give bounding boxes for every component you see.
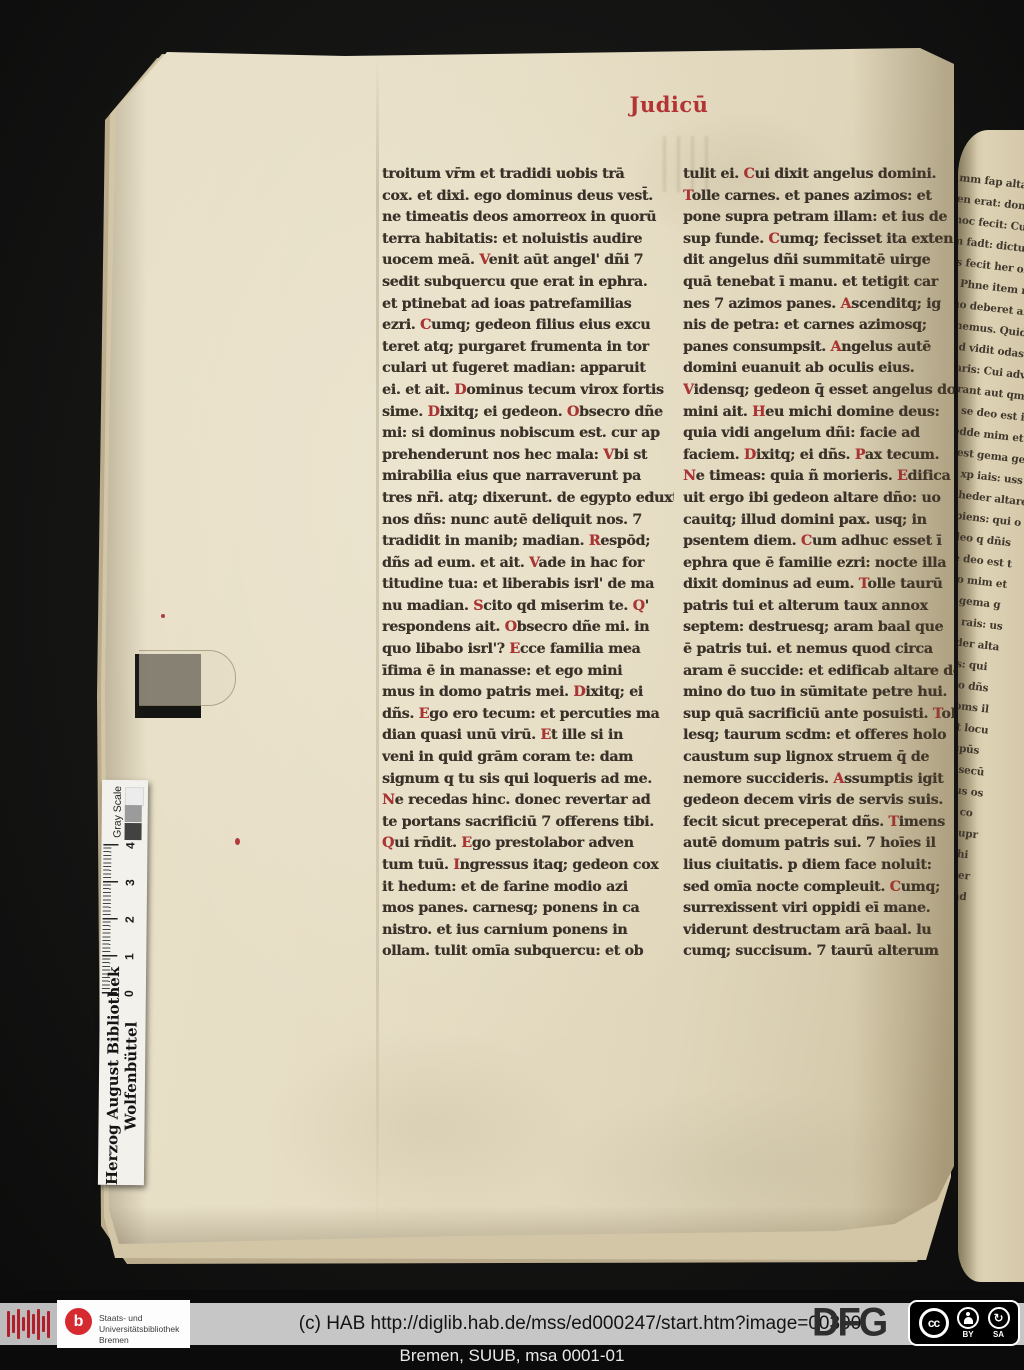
manuscript-line: tres nr̄i. atq; dixerunt. de egypto edux…	[382, 490, 674, 512]
manuscript-line: prehenderunt nos hec mala: Vbi st	[382, 447, 674, 469]
manuscript-line: culari ut fugeret madian: apparuit	[382, 360, 674, 382]
manuscript-line: sup funde. Cumq; fecisset ita exten	[683, 231, 975, 253]
manuscript-line: mino do tuo in sūmitate petre hui.	[683, 684, 975, 706]
manuscript-line: mos panes. carnesq; ponens in ca	[382, 900, 674, 922]
ruler-color-strip: Gray Scale 43210 Herzog August Bibliothe…	[98, 780, 148, 1185]
manuscript-line: dñs. Ego ero tecum: et percuties ma	[382, 706, 674, 728]
manuscript-line: panes consumpsit. Angelus autē	[683, 339, 975, 361]
manuscript-line: mini ait. Heu michi domine deus:	[683, 404, 975, 426]
library-ownership-label: Herzog August Bibliothek Wolfenbüttel	[103, 967, 141, 1186]
vellum-index-tab	[139, 650, 236, 706]
manuscript-line: ollam. tulit omīa subquercu: et ob	[382, 943, 674, 965]
manuscript-line: gedeon decem viris de servis suis.	[683, 792, 975, 814]
manuscript-line: viderunt destructam arā baal. lu	[683, 922, 975, 944]
manuscript-line: nos dñs: nunc autē deliquit nos. 7	[382, 512, 674, 534]
manuscript-line: cauitq; illud domini pax. usq; in	[683, 512, 975, 534]
suub-bars-icon	[0, 1303, 57, 1345]
cc-sa-label: SA	[993, 1330, 1004, 1339]
manuscript-line: et ptinebat ad ioas patrefamilias	[382, 296, 674, 318]
manuscript-line: caustum sup lignox struem q̄ de	[683, 749, 975, 771]
red-ink-speck	[235, 838, 240, 845]
manuscript-line: troitum vr̄m et tradidi uobis trā	[382, 166, 674, 188]
manuscript-line: veni in quid grām coram te: dam	[382, 749, 674, 771]
manuscript-line: uit ergo ibi gedeon altare dño: uo	[683, 490, 975, 512]
text-column-left: troitum vr̄m et tradidi uobis trācox. et…	[382, 166, 674, 965]
cc-icon: cc	[919, 1308, 949, 1338]
manuscript-line: nistro. et ius carnium ponens in	[382, 922, 674, 944]
ruler-number: 1	[122, 949, 137, 964]
bremen-b-icon: b	[65, 1308, 92, 1335]
text-column-right: tulit ei. Cui dixit angelus domini.Tolle…	[683, 166, 975, 965]
manuscript-line: cox. et dixi. ego dominus deus vest̄.	[382, 188, 674, 210]
cc-license-badge: cc BY ↻ SA	[908, 1300, 1020, 1346]
manuscript-line: ē patris tui. et nemus quod circa	[683, 641, 975, 663]
manuscript-line: Ne recedas hinc. donec revertar ad	[382, 792, 674, 814]
manuscript-line: ephra que ē familie ezri: nocte illa	[683, 555, 975, 577]
manuscript-line: īfima ē in manasse: et ego mini	[382, 663, 674, 685]
manuscript-line: fecit sicut preceperat dñs. Timens	[683, 814, 975, 836]
gray-patch-mid	[125, 805, 142, 822]
manuscript-line: respondens ait. Obsecro dñe mi. in	[382, 619, 674, 641]
manuscript-line: nemore succideris. Assumptis igit	[683, 771, 975, 793]
manuscript-line: psentem diem. Cum adhuc esset ī	[683, 533, 975, 555]
facing-page-text: mm fap altare qen erat: dominūhoc fecit:…	[958, 172, 1024, 940]
ruler-number: 4	[123, 838, 138, 853]
running-title-rubric: Judicū	[603, 92, 735, 117]
manuscript-line: tum tuū. Ingressus itaq; gedeon cox	[382, 857, 674, 879]
dfg-logo: DFG	[812, 1301, 886, 1346]
manuscript-line: quo libabo isrl'? Ecce familia mea	[382, 641, 674, 663]
manuscript-line: ei. et ait. Dominus tecum virox fortis	[382, 382, 674, 404]
manuscript-line: nu madian. Scito qd miserim te. Q'	[382, 598, 674, 620]
manuscript-line: terra habitatis: et noluistis audire	[382, 231, 674, 253]
ruler-number: 3	[123, 875, 138, 890]
manuscript-line: teret atq; purgaret frumenta in tor	[382, 339, 674, 361]
manuscript-line: sed omīa nocte compleuit. Cumq;	[683, 879, 975, 901]
gray-patch-light	[125, 787, 144, 806]
manuscript-line: mi: si dominus nobiscum est. cur ap	[382, 425, 674, 447]
manuscript-line: tradidit in manib; madian. Respōd;	[382, 533, 674, 555]
cc-by-label: BY	[962, 1330, 973, 1339]
manuscript-line: lius ciuitatis. p diem face noluit:	[683, 857, 975, 879]
manuscript-line: dian quasi unū virū. Et ille si in	[382, 727, 674, 749]
manuscript-line: sup quā sacrificiū ante posuisti. Tol	[683, 706, 975, 728]
manuscript-line: septem: destruesq; aram baal que	[683, 619, 975, 641]
ruler-number: 2	[123, 912, 138, 927]
manuscript-line: Vidensq; gedeon q̄ esset angelus do	[683, 382, 975, 404]
cc-by-person-icon	[957, 1307, 979, 1329]
manuscript-line: surrexissent viri oppidi eī mane.	[683, 900, 975, 922]
manuscript-line: dit angelus dñi summitatē uirge	[683, 252, 975, 274]
library-city: Wolfenbüttel	[121, 967, 141, 1186]
gray-scale-label: Gray Scale	[111, 775, 124, 849]
manuscript-line: sime. Dixitq; ei gedeon. Obsecro dñe	[382, 404, 674, 426]
manuscript-line: ne timeatis deos amorreox in quorū	[382, 209, 674, 231]
manuscript-line: Ne timeas: quia ñ morieris. Edifica	[683, 468, 975, 490]
manuscript-page-verso: Judicū troitum vr̄m et tradidi uobis trā…	[105, 48, 954, 1254]
manuscript-photo: Judicū troitum vr̄m et tradidi uobis trā…	[0, 0, 1024, 1290]
manuscript-line: sedit subquercu que erat in ephra.	[382, 274, 674, 296]
parchment-stain	[265, 1028, 585, 1228]
manuscript-line: uocem meā. Venit aūt angel' dñi 7	[382, 252, 674, 274]
cc-sa-item: ↻ SA	[988, 1307, 1010, 1339]
manuscript-line: lesq; taurum scdm: et offeres holo	[683, 727, 975, 749]
manuscript-line: te portans sacrificiū 7 offerens tibi.	[382, 814, 674, 836]
facing-page-recto: mm fap altare qen erat: dominūhoc fecit:…	[958, 130, 1024, 1282]
manuscript-line: nes 7 azimos panes. Ascenditq; ig	[683, 296, 975, 318]
bremen-library-name: Staats- und Universitätsbibliothek Breme…	[99, 1313, 179, 1346]
manuscript-line: mirabilia eius que narraverunt pa	[382, 468, 674, 490]
manuscript-line: cumq; succisum. 7 taurū alterum	[683, 943, 975, 965]
footer-bar: b Staats- und Universitätsbibliothek Bre…	[0, 1290, 1024, 1370]
manuscript-line: ezri. Cumq; gedeon filius eius excu	[382, 317, 674, 339]
copyright-url-text: (c) HAB http://diglib.hab.de/mss/ed00024…	[270, 1313, 890, 1335]
manuscript-line: dñs ad eum. et ait. Vade in hac for	[382, 555, 674, 577]
manuscript-line: nis de petra: et carnes azimosq;	[683, 317, 975, 339]
manuscript-line: signum q tu sis qui loqueris ad me.	[382, 771, 674, 793]
manuscript-line: mus in domo patris mei. Dixitq; ei	[382, 684, 674, 706]
bremen-library-logo: b Staats- und Universitätsbibliothek Bre…	[57, 1300, 190, 1348]
manuscript-line: pone supra petram illam: et ius de	[683, 209, 975, 231]
manuscript-line: it hedum: et de farine modio azi	[382, 879, 674, 901]
manuscript-line: faciem. Dixitq; ei dñs. Pax tecum.	[683, 447, 975, 469]
red-ink-speck	[161, 614, 165, 618]
manuscript-line: dixit dominus ad eum. Tolle taurū	[683, 576, 975, 598]
manuscript-line: quā tenebat ī manu. et tetigit car	[683, 274, 975, 296]
shelfmark-caption: Bremen, SUUB, msa 0001-01	[0, 1346, 1024, 1366]
manuscript-line: patris tui et alterum taux annox	[683, 598, 975, 620]
manuscript-line: aram ē succide: et edificab altare do	[683, 663, 975, 685]
manuscript-line: autē domum patris sui. 7 hoīes il	[683, 835, 975, 857]
manuscript-line: titudine tua: et liberabis isrl' de ma	[382, 576, 674, 598]
cc-by-item: BY	[957, 1307, 979, 1339]
footer-gray-strip: b Staats- und Universitätsbibliothek Bre…	[0, 1303, 1024, 1345]
parchment-stain	[535, 1088, 955, 1248]
manuscript-line: tulit ei. Cui dixit angelus domini.	[683, 166, 975, 188]
library-name: Herzog August Bibliothek	[103, 967, 123, 1186]
manuscript-line: Tolle carnes. et panes azimos: et	[683, 188, 975, 210]
cc-sa-arrow-icon: ↻	[988, 1307, 1010, 1329]
manuscript-line: Qui rn̄dit. Ego prestolabor adven	[382, 835, 674, 857]
manuscript-line: domini euanuit ab oculis eius.	[683, 360, 975, 382]
manuscript-line: quia vidi angelum dñi: facie ad	[683, 425, 975, 447]
